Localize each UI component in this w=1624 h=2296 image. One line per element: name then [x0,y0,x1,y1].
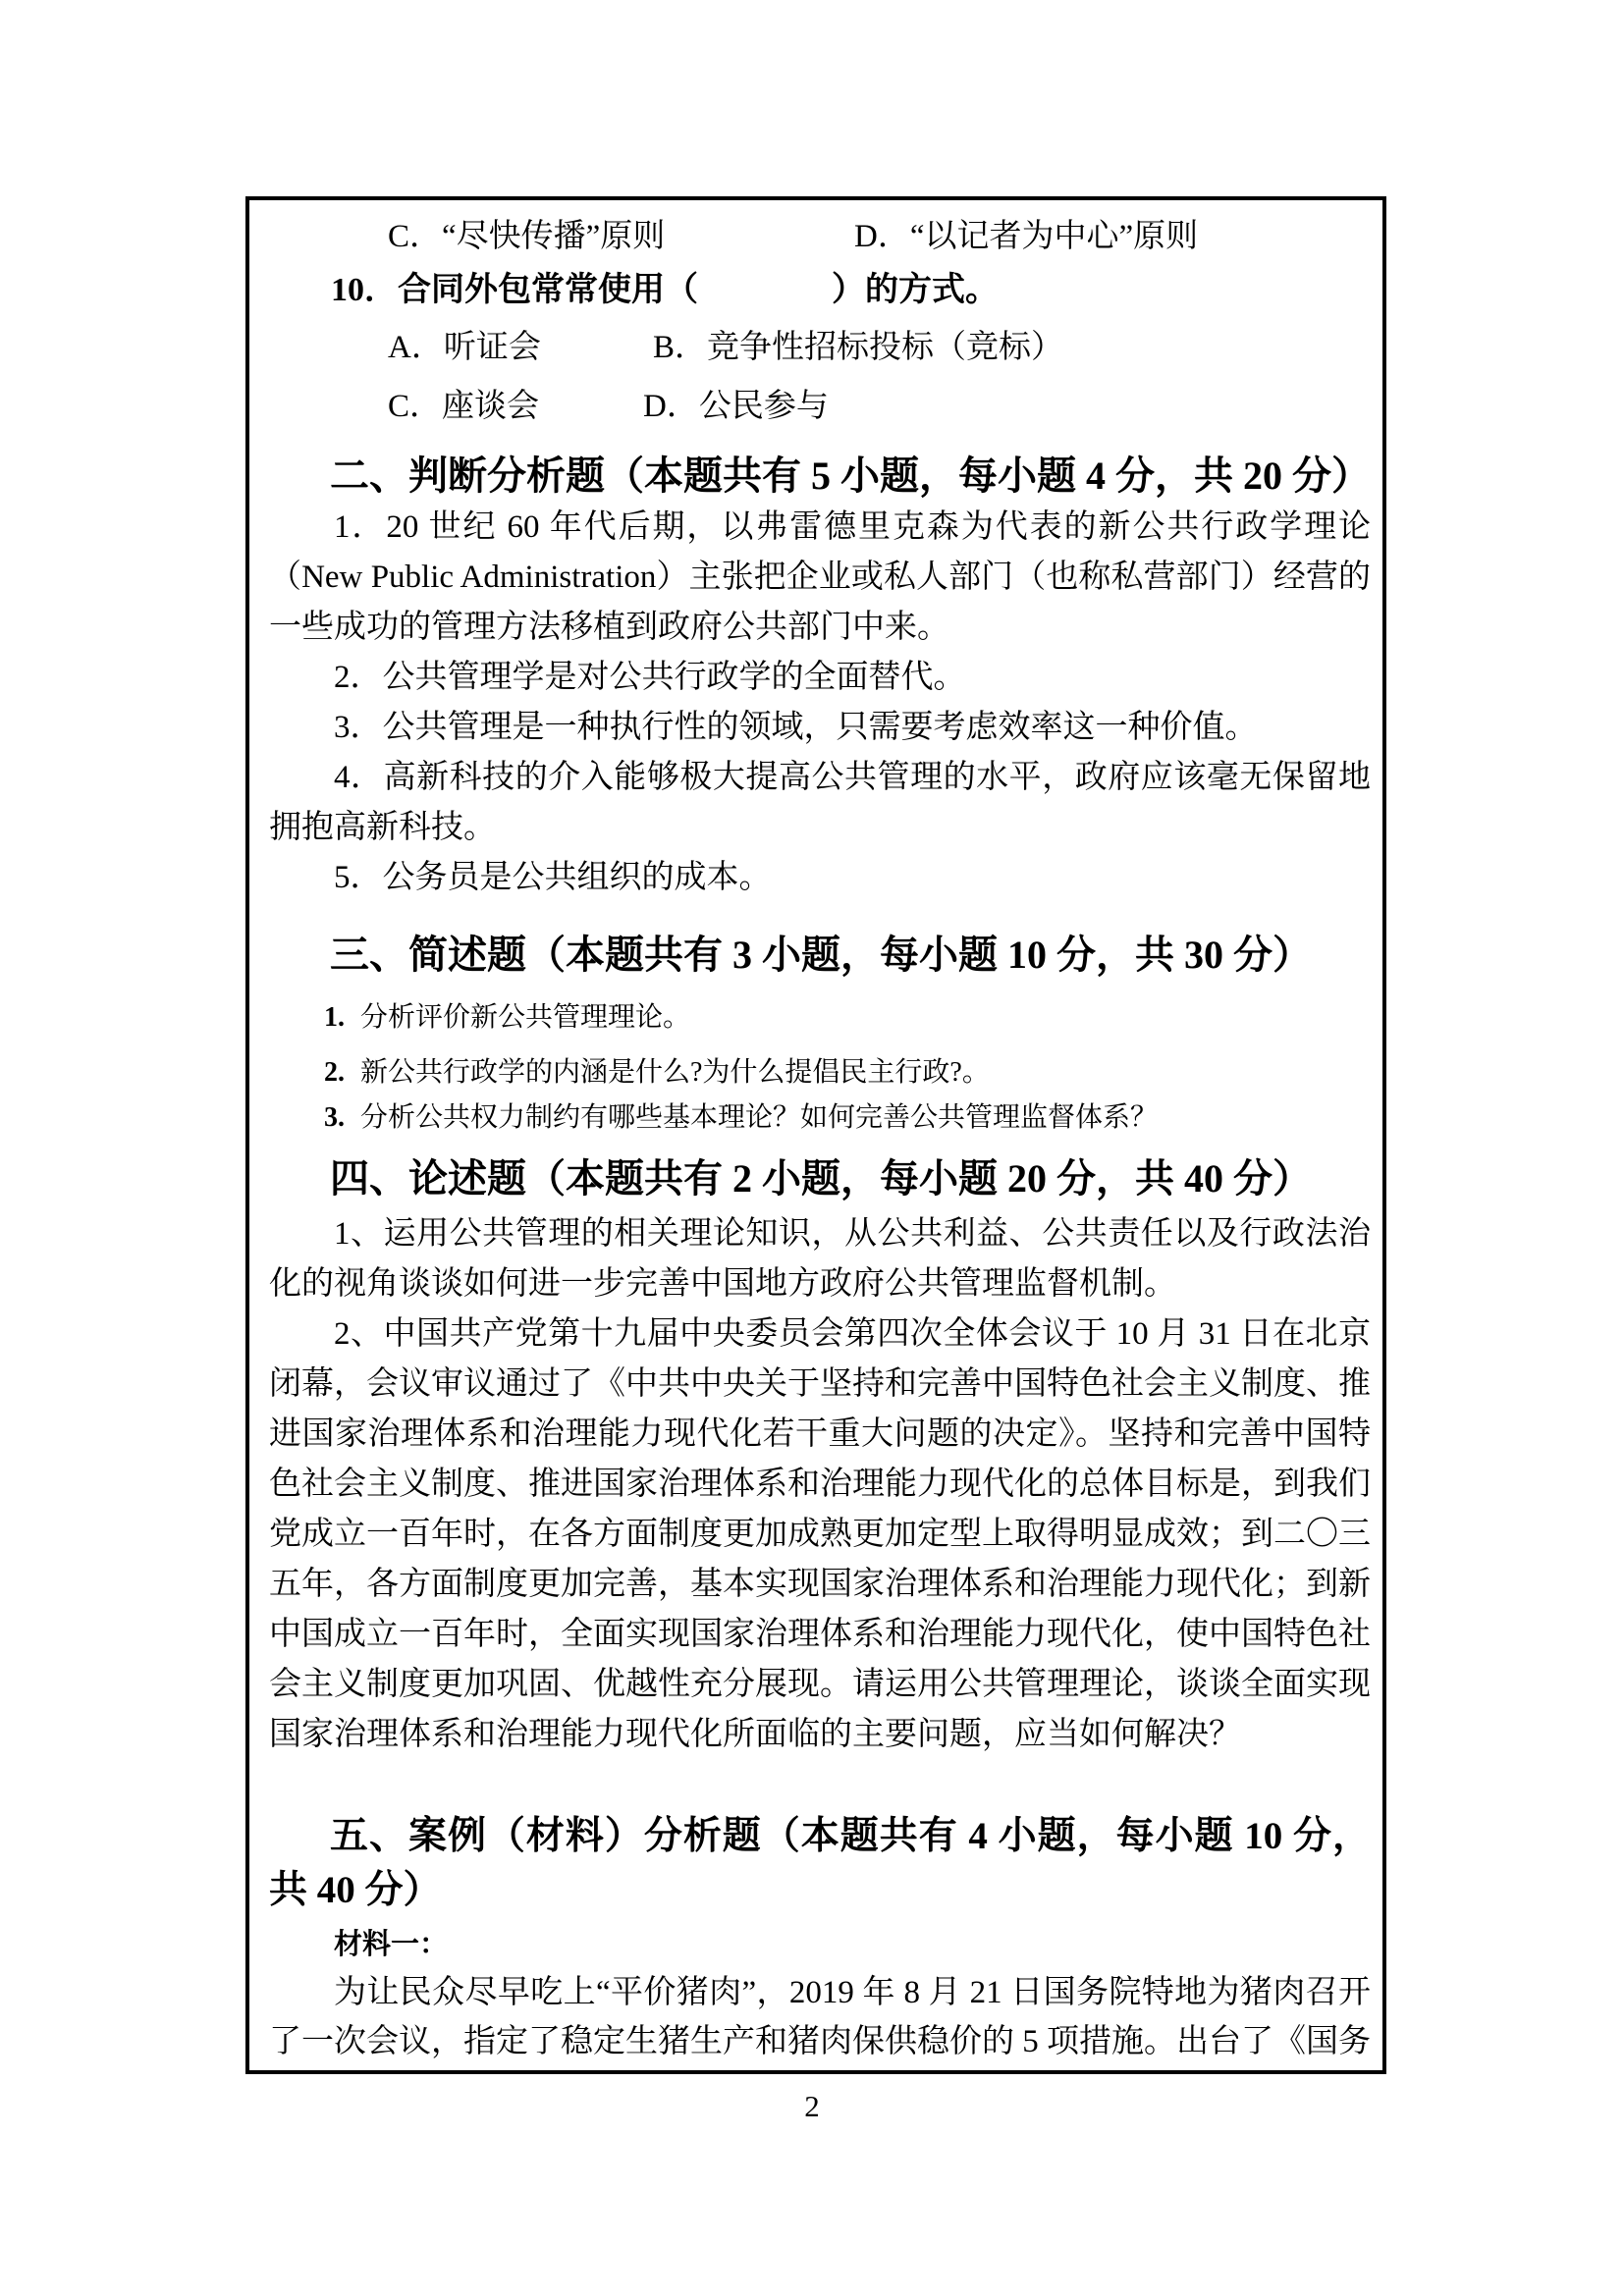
content-frame: C．“尽快传播”原则D．“以记者为中心”原则 10．合同外包常常使用（ ）的方式… [245,196,1386,2074]
question10-options-row2: C．座谈会D．公民参与 [269,377,1371,436]
section2-heading: 二、判断分析题（本题共有 5 小题，每小题 4 分，共 20 分） [269,450,1371,503]
question-option-c: C．“尽快传播”原则 [388,210,854,263]
question-option-b: B．竞争性招标投标（竞标） [653,318,1063,377]
exam-item: 2、中国共产党第十九届中央委员会第四次全体会议于 10 月 31 日在北京闭幕，… [269,1309,1371,1760]
item-text: 分析公共权力制约有哪些基本理论？如何完善公共管理监督体系？ [360,1102,1158,1133]
section3-heading: 三、简述题（本题共有 3 小题，每小题 10 分，共 30 分） [269,929,1371,982]
material-label: 材料一： [269,1925,1371,1964]
exam-item: 1、运用公共管理的相关理论知识，从公共利益、公共责任以及行政法治化的视角谈谈如何… [269,1209,1371,1309]
page-number: 2 [0,2089,1624,2124]
section3-items: 1.分析评价新公共管理理论。 2.新公共行政学的内涵是什么?为什么提倡民主行政?… [269,995,1371,1141]
exam-item: 3．公共管理是一种执行性的领域，只需要考虑效率这一种价值。 [269,703,1371,753]
item-text: 新公共行政学的内涵是什么?为什么提倡民主行政?。 [360,1057,990,1088]
section4-heading: 四、论述题（本题共有 2 小题，每小题 20 分，共 40 分） [269,1152,1371,1205]
item-number: 3. [324,1102,345,1133]
exam-item: 4．高新科技的介入能够极大提高公共管理的水平，政府应该毫无保留地拥抱高新科技。 [269,753,1371,853]
question10-options-row1: A．听证会B．竞争性招标投标（竞标） [269,318,1371,377]
section5-heading: 五、案例（材料）分析题（本题共有 4 小题，每小题 10 分，共 40 分） [269,1809,1371,1917]
question-option-d: D．“以记者为中心”原则 [854,210,1198,263]
item-number: 2. [324,1057,345,1088]
exam-item: 5．公务员是公共组织的成本。 [269,853,1371,903]
item-text: 分析评价新公共管理理论。 [360,1002,690,1033]
material-paragraph: 为让民众尽早吃上“平价猪肉”，2019 年 8 月 21 日国务院特地为猪肉召开… [269,1968,1371,2074]
question-option-d2: D．公民参与 [643,377,829,436]
question10-stem: 10．合同外包常常使用（ ）的方式。 [269,263,1371,318]
question-option-a: A．听证会 [388,318,653,377]
question-option-c2: C．座谈会 [388,377,643,436]
exam-item: 3.分析公共权力制约有哪些基本理论？如何完善公共管理监督体系？ [269,1095,1371,1141]
question9-options-row: C．“尽快传播”原则D．“以记者为中心”原则 [269,210,1371,263]
exam-item: 2．公共管理学是对公共行政学的全面替代。 [269,653,1371,703]
exam-item: 1．20 世纪 60 年代后期，以弗雷德里克森为代表的新公共行政学理论（New … [269,503,1371,653]
exam-item: 2.新公共行政学的内涵是什么?为什么提倡民主行政?。 [269,1050,1371,1095]
item-number: 1. [324,1002,345,1033]
exam-item: 1.分析评价新公共管理理论。 [269,995,1371,1041]
exam-page: { "question10": { "prev_option_c": "C．“尽… [0,0,1624,2296]
